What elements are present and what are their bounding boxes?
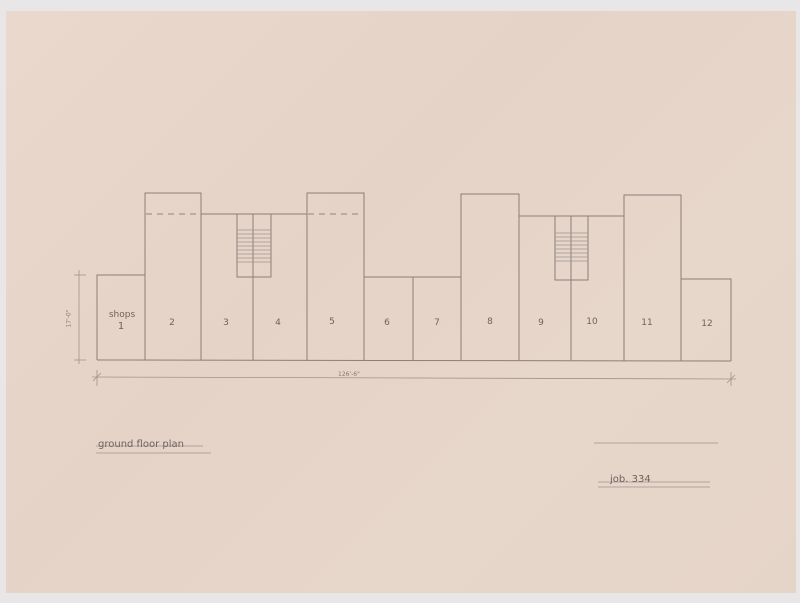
job-number: job. 334 — [610, 474, 651, 485]
stair-2 — [555, 216, 588, 360]
shop-label-2: 2 — [169, 318, 175, 328]
front-wall-line — [97, 360, 731, 361]
floor-plan-drawing — [0, 0, 800, 603]
width-dimension-line — [92, 370, 736, 386]
shop-label-3: 3 — [223, 318, 229, 328]
shop-label-1: 1 — [118, 321, 124, 332]
shop-label-12: 12 — [701, 319, 712, 329]
depth-dimension-line — [74, 270, 86, 364]
shop-label-6: 6 — [384, 318, 390, 328]
depth-dimension-text: 17'-0" — [66, 309, 73, 327]
shop-11-outline — [624, 195, 681, 361]
stair-1 — [237, 214, 271, 360]
shop-2-outline — [145, 193, 201, 360]
shop-label-10: 10 — [586, 317, 597, 327]
shop-8-outline — [461, 194, 519, 360]
shop-label-7: 7 — [434, 318, 440, 328]
shop-label-8: 8 — [487, 317, 493, 327]
shop-label-4: 4 — [275, 318, 281, 328]
shops-caption: shops — [109, 310, 135, 320]
drawing-title: ground floor plan — [98, 439, 184, 450]
width-dimension-text: 126'-6" — [338, 371, 360, 378]
shop-label-5: 5 — [329, 317, 335, 327]
shop-label-11: 11 — [641, 318, 652, 328]
shop-5-outline — [307, 193, 364, 360]
shop-label-9: 9 — [538, 318, 544, 328]
